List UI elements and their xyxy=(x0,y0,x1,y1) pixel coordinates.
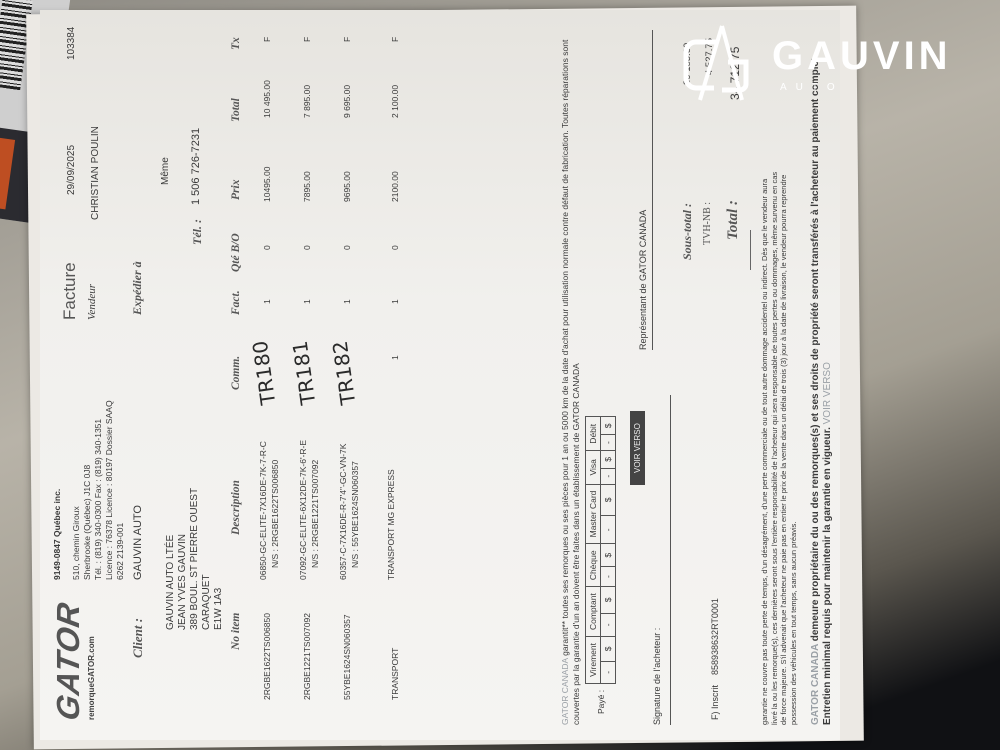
see-reverse-button[interactable]: VOIR VERSO xyxy=(630,411,645,485)
currency-symbol: $ xyxy=(601,637,616,662)
phone-label: Tél. : xyxy=(190,219,205,245)
see-reverse-link[interactable]: VOIR VERSO xyxy=(822,362,833,424)
item-invoiced-qty: 1 xyxy=(302,299,312,304)
method-visa: Visa xyxy=(586,451,601,485)
ownership-clause: GATOR CANADA demeure propriétaire du ou … xyxy=(810,25,834,725)
col-header-item: No item xyxy=(230,613,242,650)
method-debit: Débit xyxy=(586,417,601,451)
payment-table: Payé : Virement Comptant Chèque Master C… xyxy=(585,416,616,720)
col-header-description: Description xyxy=(230,480,242,535)
vendor-name: CHRISTIAN POULIN xyxy=(90,126,101,220)
company-phone: Tél. : (819) 340-0300 Fax : (819) 340-13… xyxy=(93,400,104,580)
total-rule xyxy=(750,230,751,270)
item-description: TRANSPORT MG EXPRESS xyxy=(386,469,396,580)
item-total: 2 100.00 xyxy=(390,85,400,118)
item-backorder-qty: 0 xyxy=(342,245,352,250)
invoice-number: 103384 xyxy=(66,27,77,60)
client-name: GAUVIN AUTO xyxy=(132,505,144,580)
warranty-brand: GATOR CANADA xyxy=(560,658,570,725)
col-header-price: Prix xyxy=(230,180,242,200)
address-line: 389 BOUL. ST PIERRE OUEST xyxy=(189,488,201,630)
payment-amount: - xyxy=(601,435,616,451)
watermark-brand: GAUVIN xyxy=(772,34,952,79)
item-comment: 1 xyxy=(390,355,400,360)
invoice-date: 29/09/2025 xyxy=(66,145,77,195)
col-header-qty: Qté B/O xyxy=(230,233,242,272)
currency-symbol: $ xyxy=(601,484,616,516)
company-code: 6262 2139-001 xyxy=(115,400,126,580)
representative-line xyxy=(652,30,653,350)
address-line: JEAN YVES GAUVIN xyxy=(177,488,189,630)
item-tax-code: F xyxy=(262,37,272,42)
item-total: 7 895.00 xyxy=(302,85,312,118)
vendor-label: Vendeur xyxy=(86,284,98,320)
col-header-comm: Comm. xyxy=(230,356,242,390)
gator-logo: GATOR remorqueGATOR.com xyxy=(50,600,106,720)
invoice-title: Facture xyxy=(60,262,80,320)
method-wire: Virement xyxy=(586,637,601,684)
col-header-fact: Fact. xyxy=(230,290,242,315)
item-invoiced-qty: 1 xyxy=(262,299,272,304)
item-tax-code: F xyxy=(390,37,400,42)
item-description: 06850-GC-ELITE-7X16DE-7K-7-R-C xyxy=(258,441,268,580)
signature-label: Signature de l'acheteur : xyxy=(652,628,662,725)
logo-url: remorqueGATOR.com xyxy=(87,600,96,720)
item-invoiced-qty: 1 xyxy=(390,299,400,304)
paid-label: Payé : xyxy=(586,683,616,720)
client-label: Client : xyxy=(130,618,146,658)
company-info: 9149-0847 Québec inc. 510, chemin Giroux… xyxy=(52,400,126,580)
watermark-sub: AUTO xyxy=(780,82,844,93)
item-invoiced-qty: 1 xyxy=(342,299,352,304)
total-label: Total : xyxy=(725,200,742,240)
fine-print: garantie ne couvre pas toute perte de te… xyxy=(760,165,798,725)
item-description: 60357-C-7X16DE-R-7'4"-GC-VN-7K xyxy=(338,444,348,580)
address-line: CARAQUET xyxy=(201,488,213,630)
warranty-body: garantit** toutes ses remorques ou ses p… xyxy=(560,40,581,725)
handwritten-comment: TR182 xyxy=(328,339,361,406)
item-backorder-qty: 0 xyxy=(390,245,400,250)
item-price: 9695.00 xyxy=(342,171,352,202)
method-cash: Comptant xyxy=(586,587,601,637)
handwritten-comment: TR180 xyxy=(248,339,281,406)
item-serial: N/S : 2RGBE1622TS006850 xyxy=(270,460,280,568)
logo-word: GATOR xyxy=(50,597,87,724)
item-backorder-qty: 0 xyxy=(262,245,272,250)
company-name: 9149-0847 Québec inc. xyxy=(52,400,63,580)
payment-amount: - xyxy=(601,516,616,544)
item-number: TRANSPORT xyxy=(390,648,400,700)
currency-symbol: $ xyxy=(601,544,616,567)
method-mastercard: Master Card xyxy=(586,484,601,544)
payment-amount: - xyxy=(601,468,616,484)
ship-to-label: Expédier à xyxy=(130,261,145,315)
payment-amount: - xyxy=(601,567,616,587)
company-city: Sherbrooke (Québec) J1C 0J8 xyxy=(82,400,93,580)
item-serial: N/S : 2RGBE1221TS007092 xyxy=(310,460,320,568)
company-street: 510, chemin Giroux xyxy=(71,400,82,580)
item-price: 10495.00 xyxy=(262,167,272,202)
gauvin-watermark: GAUVIN AUTO xyxy=(682,22,982,102)
tax-label: TVH-NB : xyxy=(702,202,713,245)
payment-amount: - xyxy=(601,661,616,683)
method-cheque: Chèque xyxy=(586,544,601,587)
client-address: GAUVIN AUTO LTÉE JEAN YVES GAUVIN 389 BO… xyxy=(165,488,225,630)
representative-label: Représentant de GATOR CANADA xyxy=(638,210,648,350)
currency-symbol: $ xyxy=(601,451,616,469)
signature-line xyxy=(670,395,671,725)
payment-amount: - xyxy=(601,613,616,637)
currency-symbol: $ xyxy=(601,587,616,613)
currency-symbol: $ xyxy=(601,417,616,435)
subtotal-label: Sous-total : xyxy=(680,203,695,260)
warranty-text: GATOR CANADA garantit** toutes ses remor… xyxy=(560,25,582,725)
item-price: 7895.00 xyxy=(302,171,312,202)
invoice-page: GATOR remorqueGATOR.com 9149-0847 Québec… xyxy=(40,10,840,740)
ship-to-value: Même xyxy=(160,157,171,185)
item-tax-code: F xyxy=(302,37,312,42)
phone-value: 1 506 726-7231 xyxy=(190,128,202,205)
item-price: 2100.00 xyxy=(390,171,400,202)
item-number: 2RGBE1622TS006850 xyxy=(262,613,272,700)
tax-registration: F) Inscrit 858938632RT0001 xyxy=(710,598,720,720)
company-licence: Licence : 76378 Licence : 80197 Dossier … xyxy=(104,400,115,580)
col-header-total: Total xyxy=(230,98,242,122)
gauvin-monogram-icon xyxy=(682,22,762,102)
address-line: GAUVIN AUTO LTÉE xyxy=(165,488,177,630)
registration-label: F) Inscrit xyxy=(710,685,720,720)
col-header-tax: Tx xyxy=(230,37,242,50)
item-number: 2RGBE1221TS007092 xyxy=(302,613,312,700)
item-number: 55YBE1624SN060357 xyxy=(342,614,352,700)
address-line: E1W 1A3 xyxy=(213,488,225,630)
item-total: 9 695.00 xyxy=(342,85,352,118)
registration-number: 858938632RT0001 xyxy=(710,598,720,675)
item-serial: N/S : 55YBE1624SN060357 xyxy=(350,461,360,568)
item-backorder-qty: 0 xyxy=(302,245,312,250)
handwritten-comment: TR181 xyxy=(288,339,321,406)
item-total: 10 495.00 xyxy=(262,80,272,118)
item-tax-code: F xyxy=(342,37,352,42)
item-description: 07092-GC-ELITE-6X12DE-7K-6'-R-E xyxy=(298,440,308,580)
ownership-brand: GATOR CANADA xyxy=(810,644,821,725)
